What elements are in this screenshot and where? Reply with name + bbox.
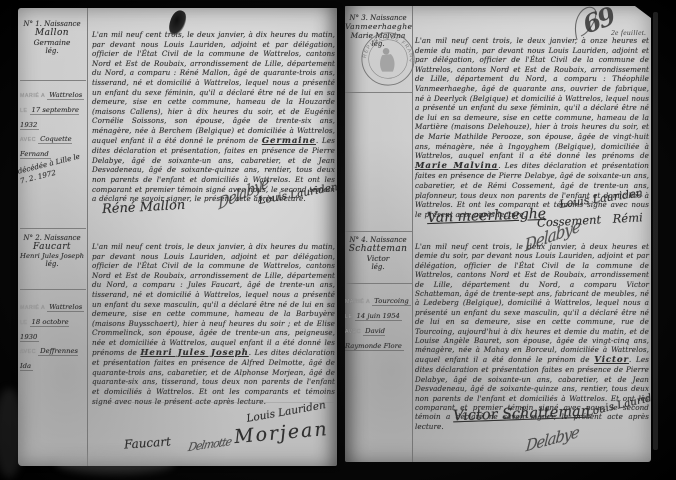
act1-marriage-date: 17 septembre 1932 — [20, 106, 79, 130]
act2-marriage-mention: MARIÉ AWattrelos LE18 octobre 1930 AVECD… — [20, 300, 86, 373]
act1-child-name: Germaine — [262, 136, 316, 146]
act3-type: Naissance — [370, 14, 406, 22]
le-stamp-label: LE — [345, 314, 353, 320]
act2-marriage-place: Wattrelos — [47, 303, 84, 312]
act4-child-name: Victor — [594, 355, 629, 365]
act2-body: L'an mil neuf cent trois, le deux janvie… — [92, 242, 335, 406]
act3-text-start: L'an mil neuf cent trois, le deux janvie… — [415, 36, 649, 160]
act2-text-start: L'an mil neuf cent trois, le deux janvie… — [92, 242, 335, 357]
act2-number: N° 2. — [23, 234, 42, 242]
married-stamp-label: MARIÉ A — [20, 305, 45, 311]
margin-separator — [20, 80, 86, 81]
page-number-flourish: 69 — [583, 6, 614, 35]
act1-surname: Mallon — [18, 28, 86, 38]
avec-stamp-label: AVEC — [345, 329, 361, 335]
married-stamp-label: MARIÉ A — [345, 299, 370, 305]
avec-stamp-label: AVEC — [20, 349, 36, 355]
act2-type: Naissance — [44, 234, 80, 242]
act1-given-name: Germaine — [18, 38, 86, 47]
act1-type: Naissance — [44, 20, 80, 28]
scanned-register-spread: N° 1. Naissance Mallon Germaine lég. MAR… — [0, 0, 676, 480]
act4-marriage-date: 14 juin 1954 — [355, 312, 402, 321]
act1-legitimacy-note: lég. — [18, 47, 86, 55]
le-stamp-label: LE — [20, 108, 28, 114]
underlying-page-edge — [653, 12, 658, 450]
act1-marriage-mention: MARIÉ AWattrelos LE17 septembre 1932 AVE… — [20, 88, 86, 161]
margin-separator — [345, 92, 412, 93]
margin-separator — [345, 231, 412, 232]
left-page: N° 1. Naissance Mallon Germaine lég. MAR… — [18, 8, 337, 466]
margin-separator — [345, 283, 412, 284]
act2-child-name: Henri Jules Joseph — [140, 348, 248, 358]
act2-legitimacy-note: lég. — [18, 260, 86, 268]
act1-declarant-signature: Réné Mallon — [102, 198, 186, 217]
act4-number: N° 4. — [349, 236, 368, 244]
margin-separator — [20, 228, 86, 229]
act3-child-name: Marie Malvina — [415, 161, 498, 171]
act4-surname: Schatteman — [345, 244, 411, 254]
act2-surname: Faucart — [18, 242, 86, 252]
act1-body: L'an mil neuf cent trois, le deux janvie… — [92, 30, 335, 204]
act2-witness1-signature: Delmotte — [187, 435, 232, 454]
left-margin-rule — [87, 8, 88, 466]
act3-declarant-signature: Van meerhaeghe — [427, 206, 547, 226]
le-stamp-label: LE — [20, 320, 28, 326]
act2-margin-header: N° 2. Naissance Faucart Henri Jules Jose… — [18, 234, 86, 268]
act4-margin-header: N° 4. Naissance Schatteman Victor lég. — [345, 236, 411, 271]
act4-given-name: Victor — [345, 254, 411, 263]
act4-legitimacy-note: lég. — [345, 263, 411, 271]
act2-declarant-signature: Faucart — [124, 434, 172, 451]
stamp-figure-head — [383, 48, 390, 55]
act1-marriage-place: Wattrelos — [47, 91, 84, 100]
act3-number: N° 3. — [349, 14, 368, 22]
act4-marriage-place: Tourcoing — [372, 297, 411, 306]
act1-text-start: L'an mil neuf cent trois, le deux janvie… — [92, 30, 335, 145]
act4-text-start: L'an mil neuf cent trois, le deux janvie… — [415, 242, 649, 364]
book-edge-blotch — [55, 452, 175, 474]
revenue-stamp: RÉPUBLIQUE FRANÇAISE — [359, 30, 417, 88]
act2-given-name: Henri Jules Joseph — [18, 252, 86, 260]
right-page: 69 2e feuillet. N° 3. Naissance Vanmeerh… — [345, 6, 651, 462]
avec-stamp-label: AVEC — [20, 137, 36, 143]
act4-marriage-mention: MARIÉ ATourcoing LE14 juin 1954 AVECDavi… — [345, 294, 411, 353]
act1-margin-header: N° 1. Naissance Mallon Germaine lég. — [18, 20, 86, 55]
stamp-figure-body — [380, 54, 394, 71]
margin-separator — [20, 289, 86, 290]
married-stamp-label: MARIÉ A — [20, 93, 45, 99]
act4-type: Naissance — [370, 236, 406, 244]
act1-number: N° 1. — [23, 20, 42, 28]
